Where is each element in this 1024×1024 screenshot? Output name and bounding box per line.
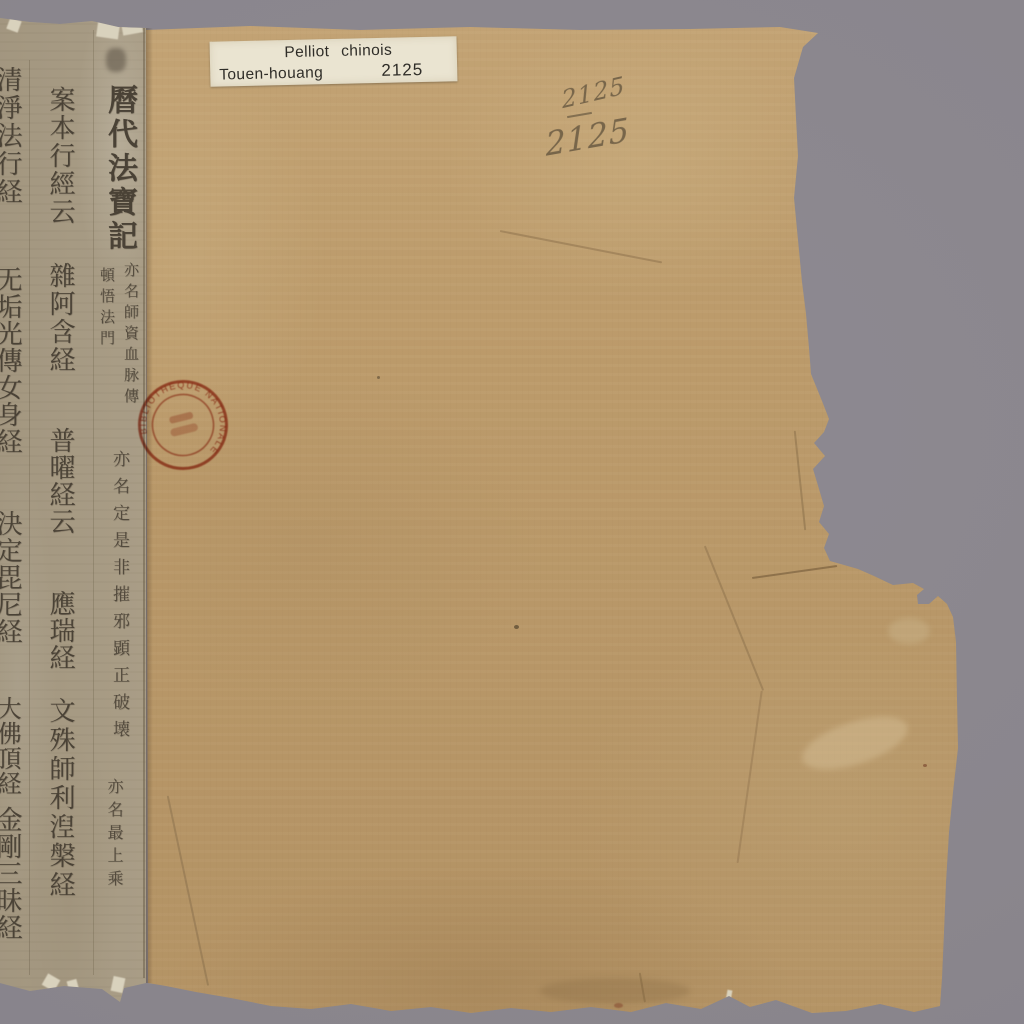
source-text-clipped: 金剛三昧経 [0,806,26,941]
torn-fleck [111,976,126,993]
worn-patch [888,618,930,644]
speck [377,376,380,379]
column-rule [29,60,30,975]
source-text: 文殊師利湼槃経 [42,697,79,900]
crease-line [167,796,209,986]
stamp-center-mark [170,423,199,438]
source-text-clipped: 決定毘尼経 [0,510,26,645]
source-text-clipped: 清淨法行経 [0,66,26,206]
crack-line [752,565,837,579]
torn-fleck [96,22,120,40]
photo-backdrop: 曆代法寶記 亦名師資血脉傳 頓悟法門 亦名定是非摧邪顕正破壊 亦名最上乘 案本行… [0,0,1024,1024]
column-rule [93,30,94,975]
source-text: 案本行經云 [42,86,79,226]
ink-smudge [106,48,126,72]
torn-fleck [121,19,143,35]
label-site: Touen-houang [219,64,323,84]
stamp-ring-text: BIBLIOTHÈQUE NATIONALE [135,377,231,473]
torn-fleck [67,979,80,993]
torn-fleck [6,17,21,32]
crease-line [704,545,764,690]
speck [923,764,927,767]
stamp-center-mark [169,411,194,424]
title-note-2: 亦名定是非摧邪顕正破壊 [107,450,132,747]
source-text-clipped: 大佛頂経 [0,696,25,796]
title-note-3: 亦名最上乘 [103,778,126,893]
source-text: 應瑞経 [42,590,79,671]
manuscript-sheet [0,0,1024,1024]
catalog-label: Pelliot chinois Touen-houang 2125 [210,36,458,87]
crack-line [794,431,806,531]
torn-fleck [725,990,733,1008]
speck [514,625,519,629]
source-text: 普曜経云 [42,427,79,535]
torn-fleck [42,973,61,991]
source-text: 雜阿含経 [42,262,79,374]
overlap-shadow [146,28,153,983]
strip-edge-rule [143,28,145,978]
source-text-clipped: 无垢光傳女身経 [0,266,26,455]
crease-line [500,230,662,263]
svg-text:BIBLIOTHÈQUE NATIONALE: BIBLIOTHÈQUE NATIONALE [135,377,231,473]
crease-line [737,691,763,864]
worn-patch [796,706,914,780]
title-note-left: 頓悟法門 [97,267,118,351]
stain-band [540,978,690,1004]
scroll-title: 曆代法寶記 [97,84,141,254]
stamp-outer-ring [135,377,231,473]
library-stamp: BIBLIOTHÈQUE NATIONALE [135,377,231,473]
label-number: 2125 [381,60,423,81]
